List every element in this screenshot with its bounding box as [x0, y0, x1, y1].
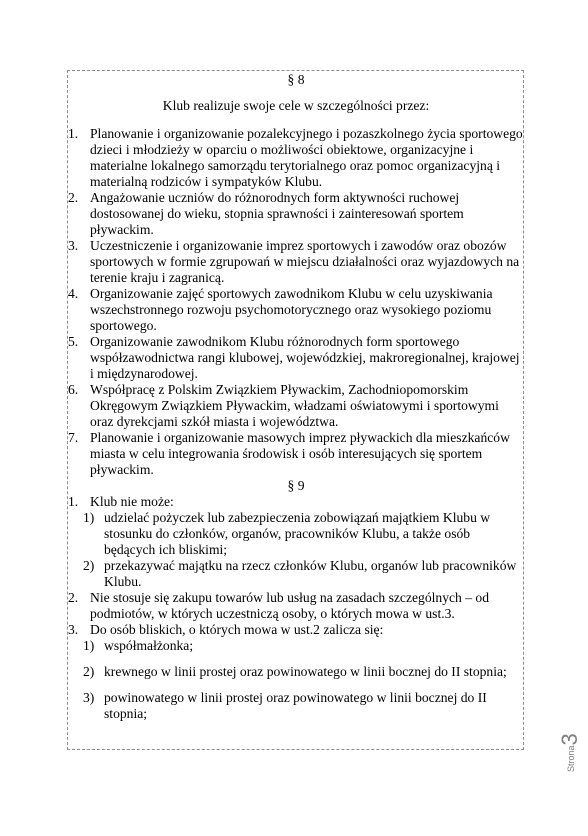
sub-list-item: 2)przekazywać majątku na rzecz członków … — [68, 558, 524, 590]
sub-list-item: 3)powinowatego w linii prostej oraz powi… — [68, 690, 524, 722]
page-number: 3 — [557, 733, 582, 745]
section-8-heading: § 8 — [68, 72, 524, 88]
document-body: § 8 Klub realizuje swoje cele w szczegól… — [68, 72, 524, 722]
page-word: Strona — [566, 745, 576, 772]
list-item: 2.Nie stosuje się zakupu towarów lub usł… — [68, 590, 524, 622]
section-9-list: 1.Klub nie może: 1)udzielać pożyczek lub… — [68, 494, 524, 722]
section-8-list: 1.Planowanie i organizowanie pozalekcyjn… — [68, 126, 524, 478]
section-9-heading: § 9 — [68, 478, 524, 494]
list-item: 1.Klub nie może: — [68, 494, 524, 510]
list-item: 2.Angażowanie uczniów do różnorodnych fo… — [68, 190, 524, 238]
list-item: 6.Współpracę z Polskim Związkiem Pływack… — [68, 382, 524, 430]
list-item: 1.Planowanie i organizowanie pozalekcyjn… — [68, 126, 524, 190]
section-8-lead: Klub realizuje swoje cele w szczególnośc… — [68, 98, 524, 114]
list-item: 3.Uczestniczenie i organizowanie imprez … — [68, 238, 524, 286]
sub-list-item: 2)krewnego w linii prostej oraz powinowa… — [68, 664, 524, 680]
sub-list-item: 1)udzielać pożyczek lub zabezpieczenia z… — [68, 510, 524, 558]
page-number-label: Strona3 — [540, 720, 580, 770]
list-item: 4.Organizowanie zajęć sportowych zawodni… — [68, 286, 524, 334]
list-item: 7.Planowanie i organizowanie masowych im… — [68, 430, 524, 478]
list-item: 3.Do osób bliskich, o których mowa w ust… — [68, 622, 524, 638]
sub-list-item: 1)współmałżonka; — [68, 638, 524, 654]
list-item: 5.Organizowanie zawodnikom Klubu różnoro… — [68, 334, 524, 382]
